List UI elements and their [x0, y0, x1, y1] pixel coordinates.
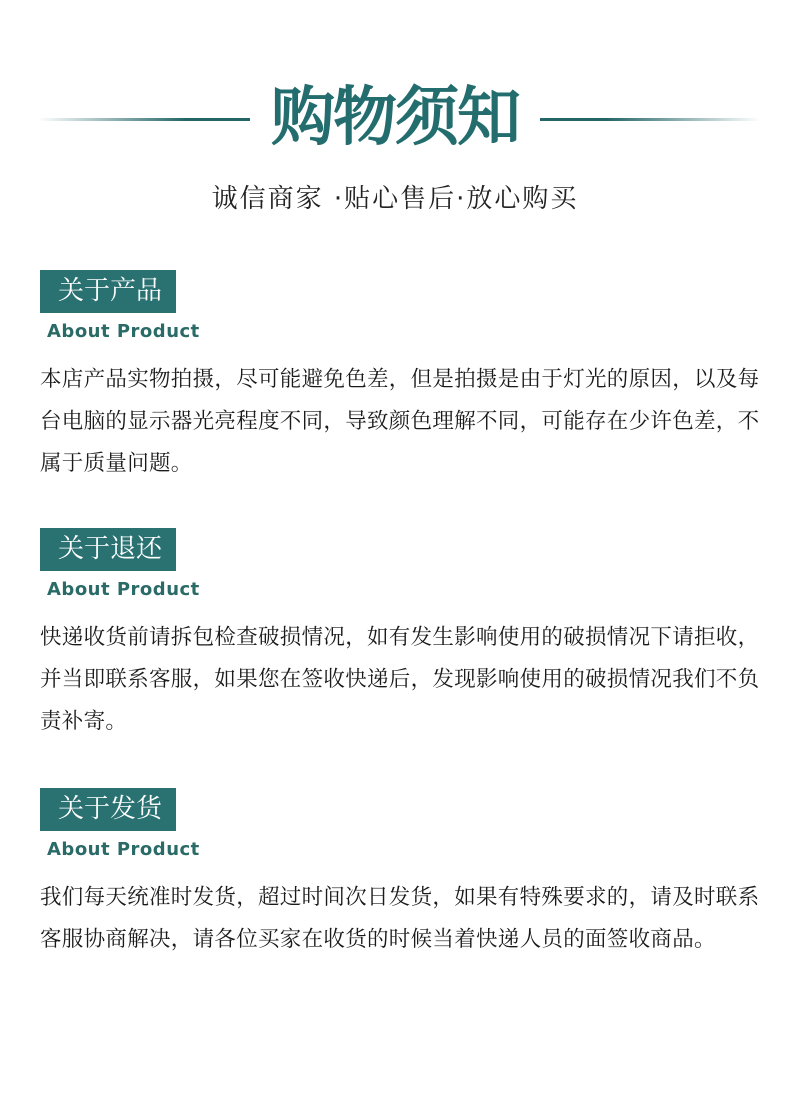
section-subtitle-en: About Product — [47, 839, 760, 860]
section-returns: 关于退还 About Product 快递收货前请拆包检查破损情况，如有发生影响… — [40, 528, 760, 743]
page-header: 购物须知 — [0, 78, 790, 158]
page-title: 购物须知 — [255, 78, 535, 158]
section-tag: 关于发货 — [40, 788, 176, 831]
section-subtitle-en: About Product — [47, 579, 760, 600]
section-body: 快递收货前请拆包检查破损情况，如有发生影响使用的破损情况下请拒收，并当即联系客服… — [40, 617, 760, 743]
section-shipping: 关于发货 About Product 我们每天统准时发货，超过时间次日发货，如果… — [40, 788, 760, 961]
decorative-line-right — [540, 118, 760, 121]
section-product: 关于产品 About Product 本店产品实物拍摄，尽可能避免色差，但是拍摄… — [40, 270, 760, 485]
page-subtitle: 诚信商家 ·贴心售后·放心购买 — [0, 178, 790, 215]
section-body: 本店产品实物拍摄，尽可能避免色差，但是拍摄是由于灯光的原因，以及每台电脑的显示器… — [40, 359, 760, 485]
section-subtitle-en: About Product — [47, 321, 760, 342]
section-body: 我们每天统准时发货，超过时间次日发货，如果有特殊要求的，请及时联系客服协商解决，… — [40, 877, 760, 961]
section-tag: 关于退还 — [40, 528, 176, 571]
decorative-line-left — [38, 118, 250, 121]
section-tag: 关于产品 — [40, 270, 176, 313]
